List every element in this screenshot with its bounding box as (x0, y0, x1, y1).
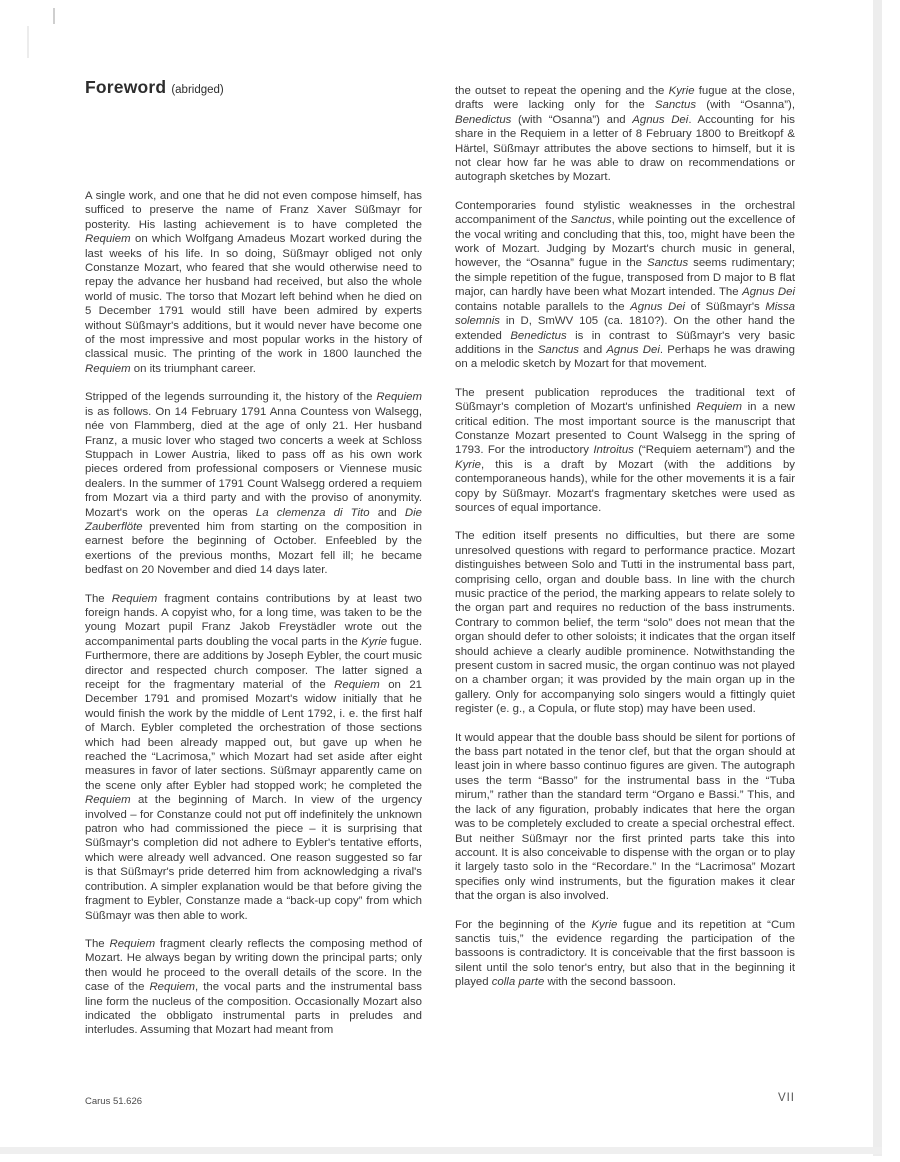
paragraph: It would appear that the double bass sho… (455, 731, 795, 904)
paragraph: The Requiem fragment clearly reflects th… (85, 937, 422, 1038)
paragraph: Stripped of the legends surrounding it, … (85, 390, 422, 577)
paragraph: The present publication reproduces the t… (455, 386, 795, 516)
document-page: Foreword(abridged) A single work, and on… (0, 0, 900, 1162)
page-edge-shadow (873, 0, 882, 1156)
page-number: VII (735, 1092, 795, 1104)
right-column: the outset to repeat the opening and the… (455, 84, 795, 990)
page-title: Foreword (85, 77, 166, 97)
paragraph: For the beginning of the Kyrie fugue and… (455, 918, 795, 990)
paragraph: the outset to repeat the opening and the… (455, 84, 795, 185)
scan-crop-mark (27, 26, 29, 58)
scan-crop-mark (53, 8, 55, 24)
paragraph: A single work, and one that he did not e… (85, 189, 422, 376)
left-column: A single work, and one that he did not e… (85, 189, 422, 1038)
edition-number: Carus 51.626 (85, 1096, 142, 1107)
paragraph: Contemporaries found stylistic weaknesse… (455, 199, 795, 372)
page-edge-shadow (0, 1147, 882, 1154)
paragraph: The edition itself presents no difficult… (455, 529, 795, 716)
page-header: Foreword(abridged) (85, 77, 224, 98)
page-subtitle: (abridged) (171, 84, 223, 96)
paragraph: The Requiem fragment contains contributi… (85, 592, 422, 923)
